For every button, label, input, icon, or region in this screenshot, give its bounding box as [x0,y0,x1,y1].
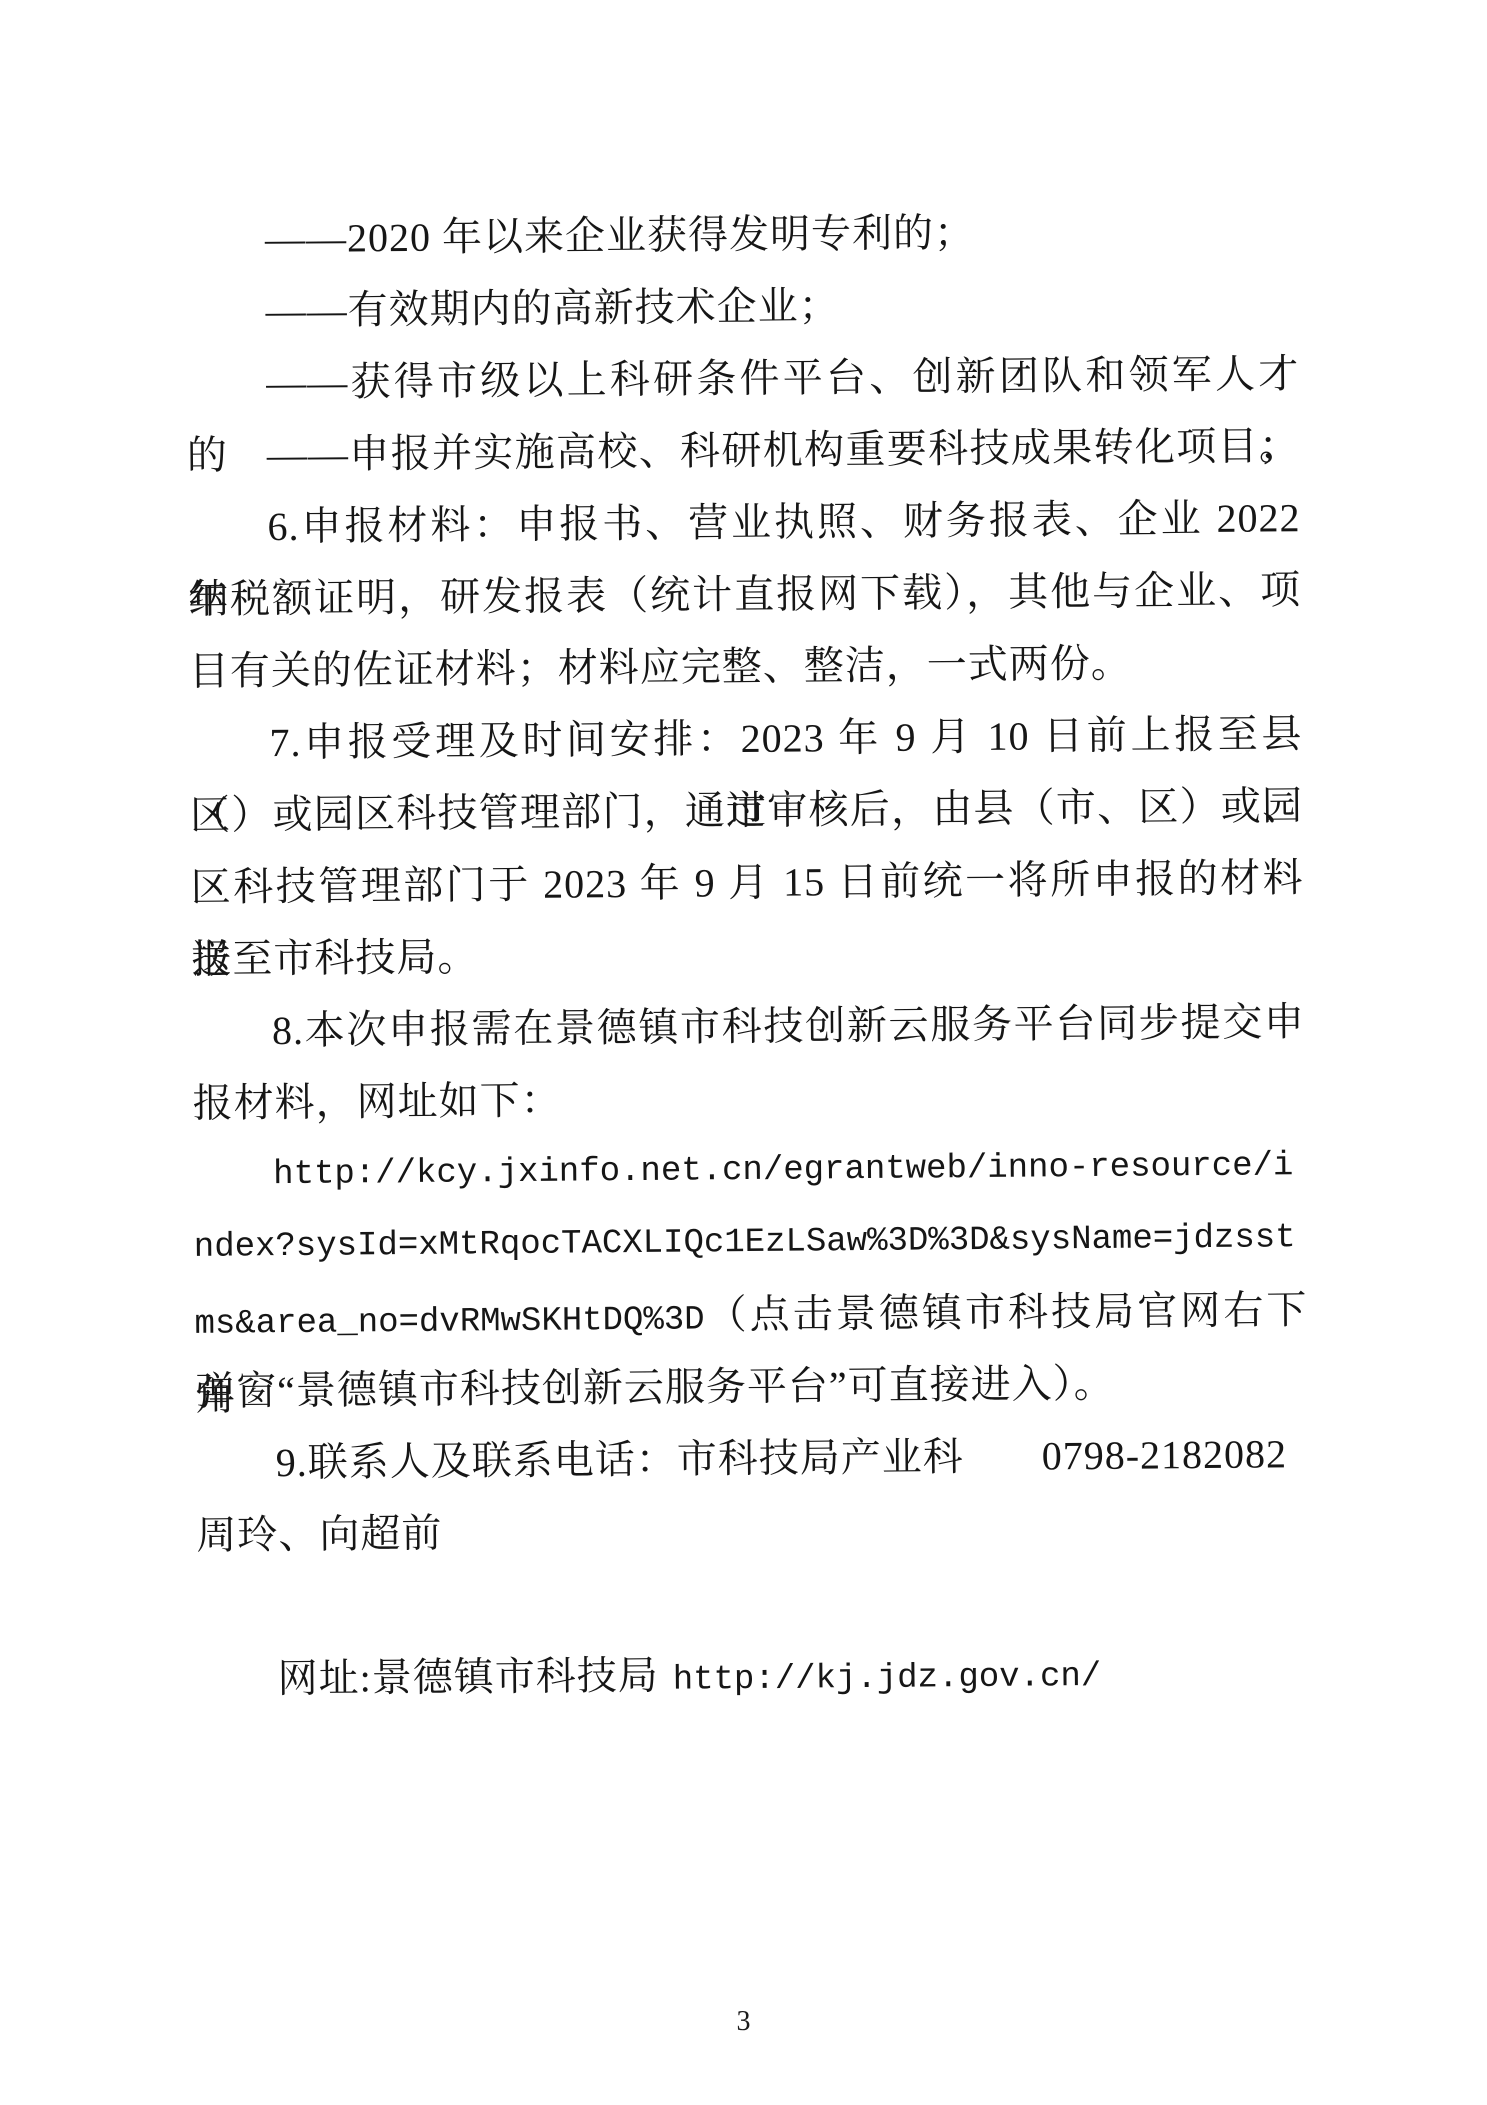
item7-schedule-line-2: 区）或园区科技管理部门，通过审核后，由县（市、区）或园 [190,770,1304,852]
bureau-website-url: http://kj.jdz.gov.cn/ [673,1658,1102,1700]
item7-schedule-line-4: 送至市科技局。 [191,914,1305,996]
dash-item-high-tech-enterprise: ——有效期内的高新技术企业； [185,266,1299,348]
item9-contact-line: 9.联系人及联系电话：市科技局产业科0798-2182082 [195,1418,1309,1500]
page-number: 3 [0,2004,1487,2040]
item6-materials-line-1: 6.申报材料：申报书、营业执照、财务报表、企业 2022 年 [187,482,1301,564]
item6-materials-line-2: 纳税额证明，研发报表（统计直报网下载），其他与企业、项 [188,554,1302,636]
contact-label: 9.联系人及联系电话：市科技局产业科 [276,1434,964,1485]
bureau-website-line: 网址:景德镇市科技局http://kj.jdz.gov.cn/ [197,1634,1311,1716]
item6-materials-line-3: 目有关的佐证材料；材料应完整、整洁，一式两份。 [189,626,1303,708]
dash-item-achievement-transfer: ——申报并实施高校、科研机构重要科技成果转化项目。 [187,410,1301,492]
platform-url-line-3: ms&area_no=dvRMwSKHtDQ%3D（点击景德镇市科技局官网右下角 [194,1274,1308,1356]
document-body: ——2020 年以来企业获得发明专利的； ——有效期内的高新技术企业； ——获得… [185,194,1311,1716]
platform-url-line-2: ndex?sysId=xMtRqocTACXLIQc1EzLSaw%3D%3D&… [194,1202,1308,1284]
dash-item-patents: ——2020 年以来企业获得发明专利的； [185,194,1299,276]
platform-url-note-end: 弹窗“景德镇市科技创新云服务平台”可直接进入）。 [195,1346,1309,1428]
platform-url-line-1: http://kcy.jxinfo.net.cn/egrantweb/inno-… [193,1130,1307,1212]
item7-schedule-line-3: 区科技管理部门于 2023 年 9 月 15 日前统一将所申报的材料报 [190,842,1304,924]
item8-platform-line-2: 报材料，网址如下： [192,1058,1306,1140]
item7-schedule-line-1: 7.申报受理及时间安排：2023 年 9 月 10 日前上报至县（市、 [189,698,1303,780]
bureau-website-label: 网址:景德镇市科技局 [277,1653,659,1701]
scanned-document-page: ——2020 年以来企业获得发明专利的； ——有效期内的高新技术企业； ——获得… [0,0,1487,2105]
contact-names-line: 周玲、向超前 [196,1490,1310,1572]
contact-phone-number: 0798-2182082 [1042,1431,1288,1478]
item8-platform-line-1: 8.本次申报需在景德镇市科技创新云服务平台同步提交申 [192,986,1306,1068]
platform-url-code-text: ms&area_no=dvRMwSKHtDQ%3D [194,1301,704,1343]
dash-item-platform-talent: ——获得市级以上科研条件平台、创新团队和领军人才的； [186,338,1300,420]
